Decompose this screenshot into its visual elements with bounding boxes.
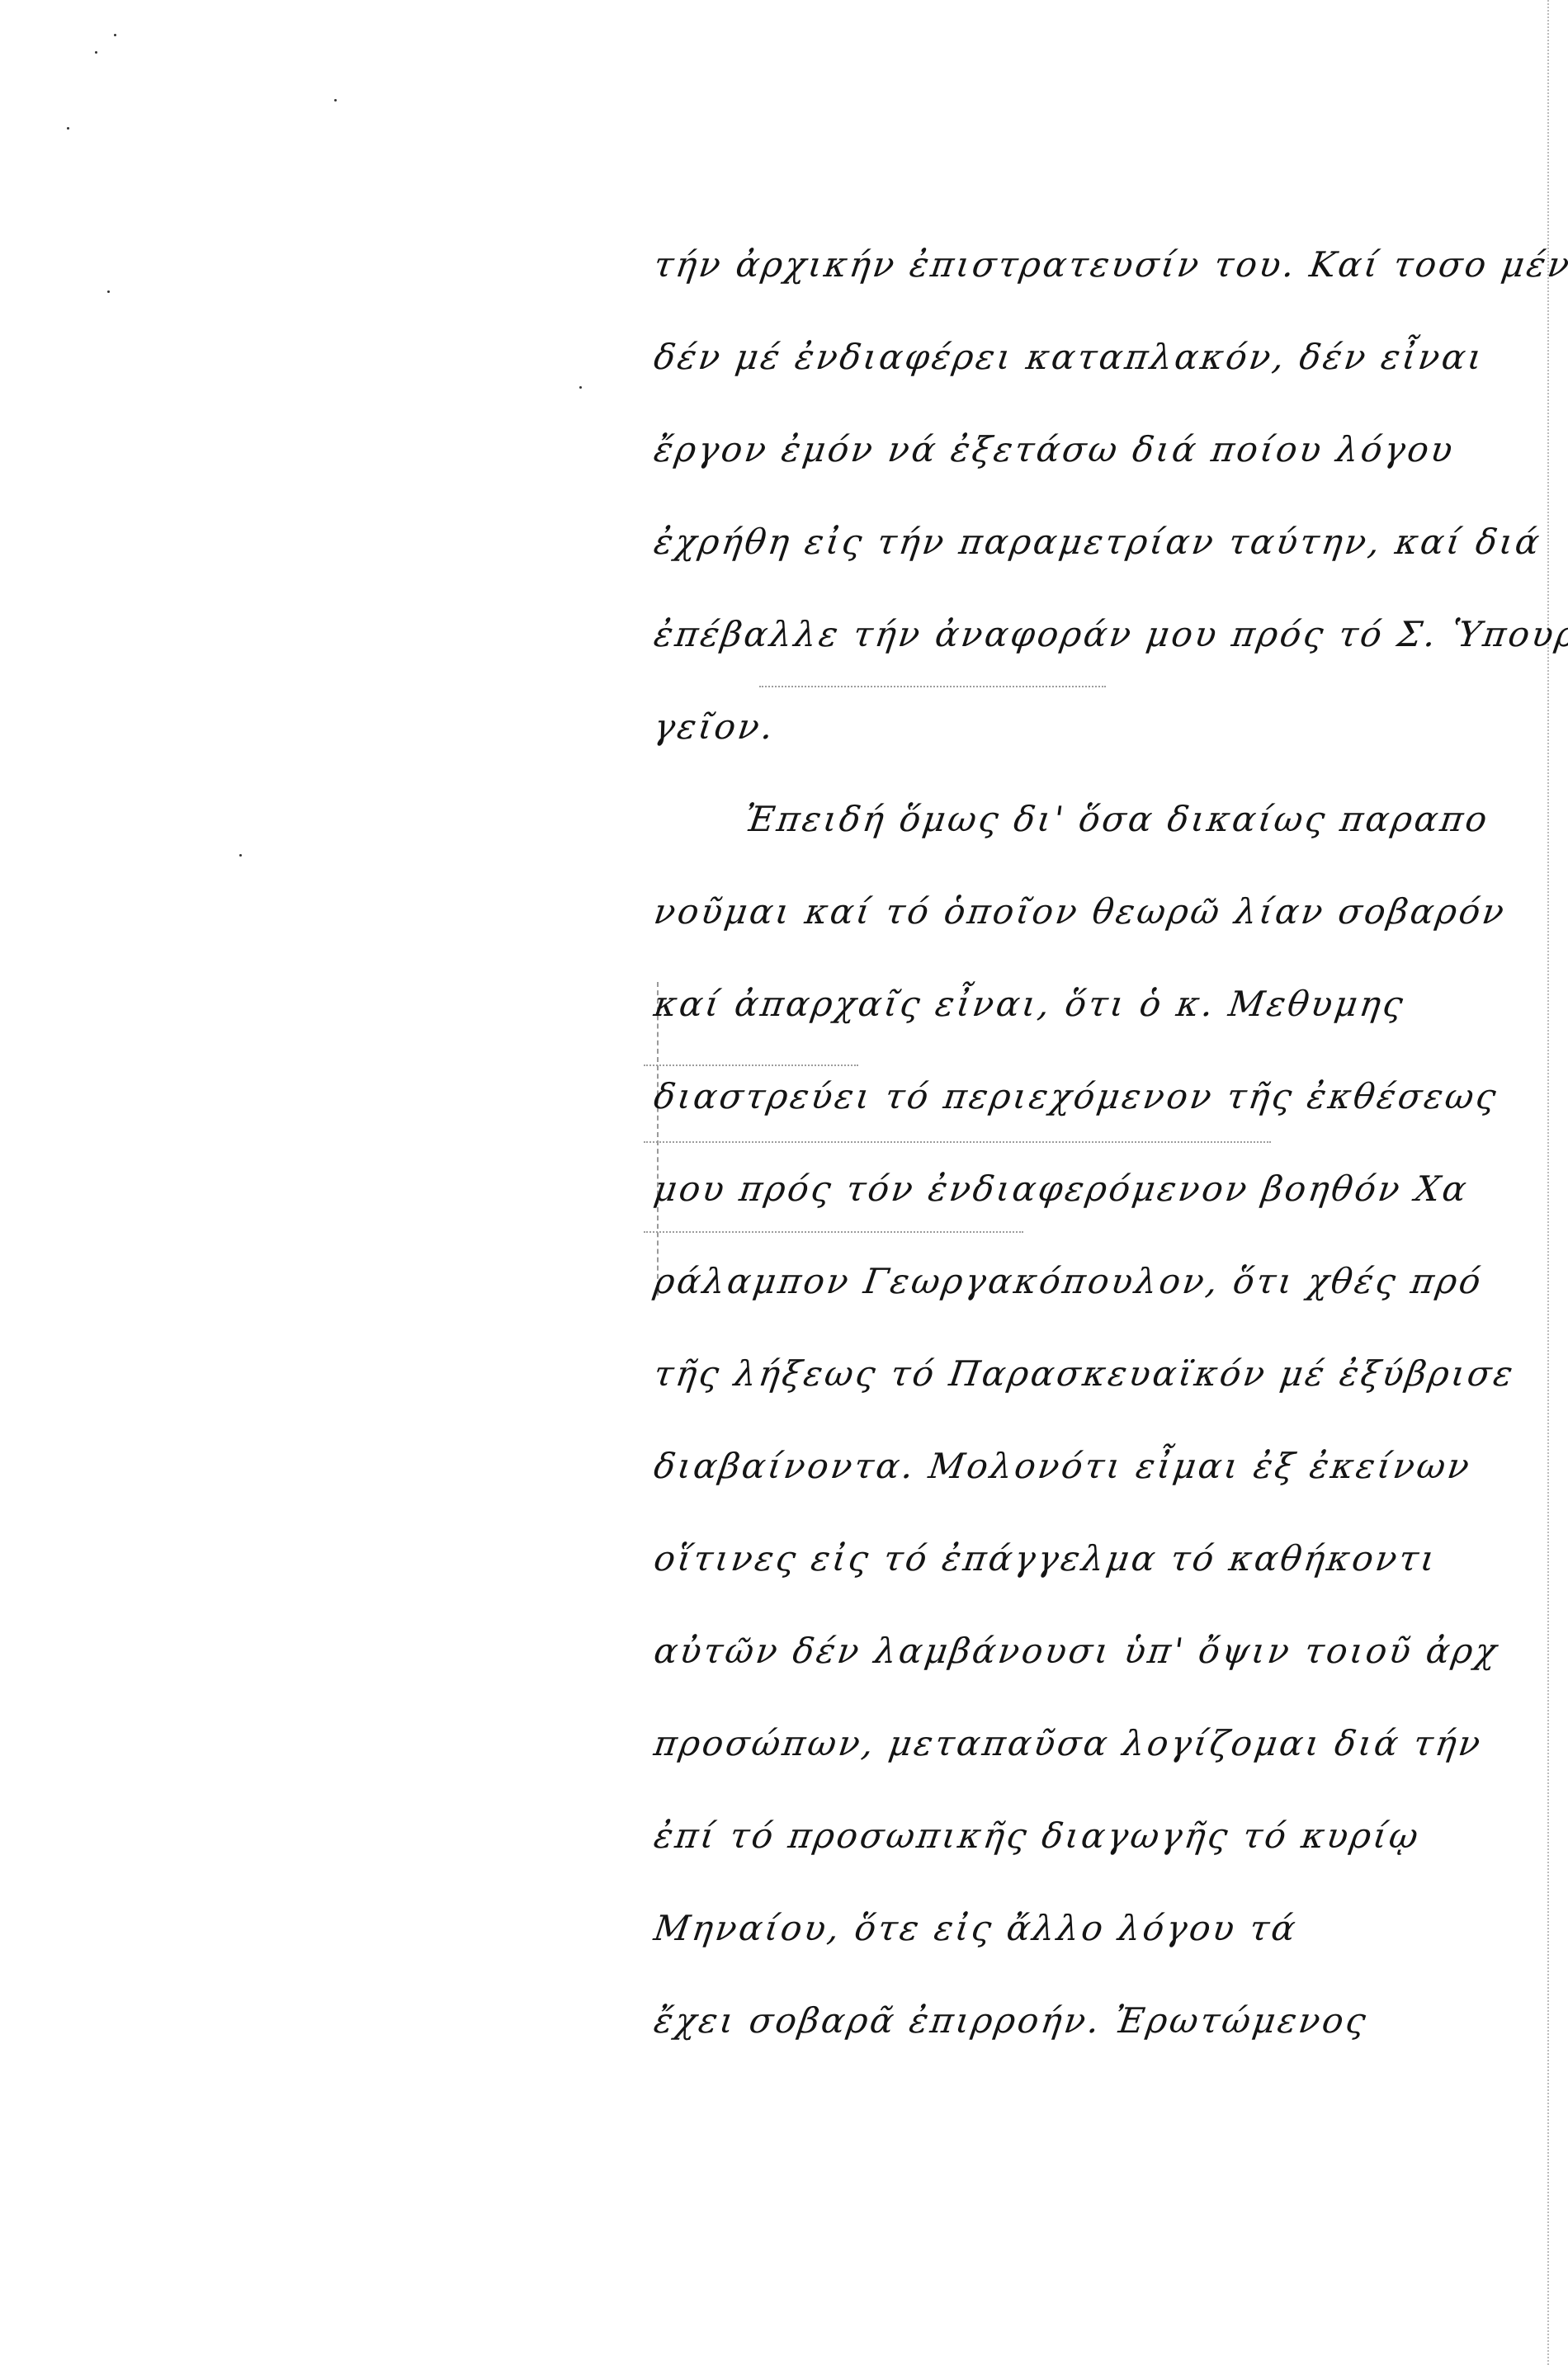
- manuscript-line: δέν μέ ἐνδιαφέρει καταπλακόν, δέν εἶναι: [648, 311, 1536, 404]
- scan-speck: [334, 99, 337, 101]
- scan-speck: [107, 290, 110, 293]
- manuscript-paragraph-start: Ἐπειδή ὅμως δι' ὅσα δικαίως παραπο: [648, 773, 1536, 866]
- manuscript-page: τήν ἀρχικήν ἐπιστρατευσίν του. Καί τοσο …: [0, 0, 1568, 2365]
- manuscript-line: νοῦμαι καί τό ὁποῖον θεωρῶ λίαν σοβαρόν: [648, 866, 1536, 958]
- handwritten-text-body: τήν ἀρχικήν ἐπιστρατευσίν του. Καί τοσο …: [648, 219, 1523, 2067]
- manuscript-line: μου πρός τόν ἐνδιαφερόμενον βοηθόν Χα: [648, 1143, 1536, 1235]
- scan-speck: [579, 386, 582, 389]
- scan-speck: [95, 51, 97, 54]
- page-edge-dotted-line: [1547, 0, 1549, 2365]
- manuscript-line: ἔργον ἐμόν νά ἐξετάσω διά ποίου λόγου: [648, 404, 1536, 496]
- manuscript-line: ἐπί τό προσωπικῆς διαγωγῆς τό κυρίῳ: [648, 1790, 1536, 1882]
- manuscript-line: Μηναίου, ὅτε εἰς ἄλλο λόγου τά: [648, 1882, 1536, 1975]
- manuscript-line: προσώπων, μεταπαῦσα λογίζομαι διά τήν: [648, 1697, 1536, 1790]
- scan-speck: [239, 854, 242, 857]
- manuscript-line: οἵτινες εἰς τό ἐπάγγελμα τό καθήκοντι: [648, 1513, 1536, 1605]
- manuscript-line: ἔχει σοβαρᾶ ἐπιρροήν. Ἐρωτώμενος: [648, 1975, 1536, 2067]
- manuscript-line: ἐχρήθη εἰς τήν παραμετρίαν ταύτην, καί δ…: [648, 496, 1536, 588]
- scan-speck: [67, 127, 69, 130]
- manuscript-line: καί ἀπαρχαῖς εἶναι, ὅτι ὁ κ. Μεθυμης: [648, 958, 1536, 1050]
- manuscript-line: ράλαμπον Γεωργακόπουλον, ὅτι χθές πρό: [648, 1235, 1536, 1328]
- manuscript-line: τῆς λήξεως τό Παρασκευαϊκόν μέ ἐξύβρισε: [648, 1328, 1536, 1420]
- manuscript-line: διαστρεύει τό περιεχόμενον τῆς ἐκθέσεως: [648, 1050, 1536, 1143]
- manuscript-line: διαβαίνοντα. Μολονότι εἶμαι ἐξ ἐκείνων: [648, 1420, 1536, 1513]
- manuscript-line: γεῖον.: [648, 681, 1536, 773]
- manuscript-line: τήν ἀρχικήν ἐπιστρατευσίν του. Καί τοσο …: [648, 219, 1536, 311]
- manuscript-line: ἐπέβαλλε τήν ἀναφοράν μου πρός τό Σ. Ὑπο…: [648, 588, 1536, 681]
- manuscript-line: αὐτῶν δέν λαμβάνουσι ὑπ' ὄψιν τοιοῦ ἀρχ: [648, 1605, 1536, 1697]
- scan-speck: [114, 34, 116, 36]
